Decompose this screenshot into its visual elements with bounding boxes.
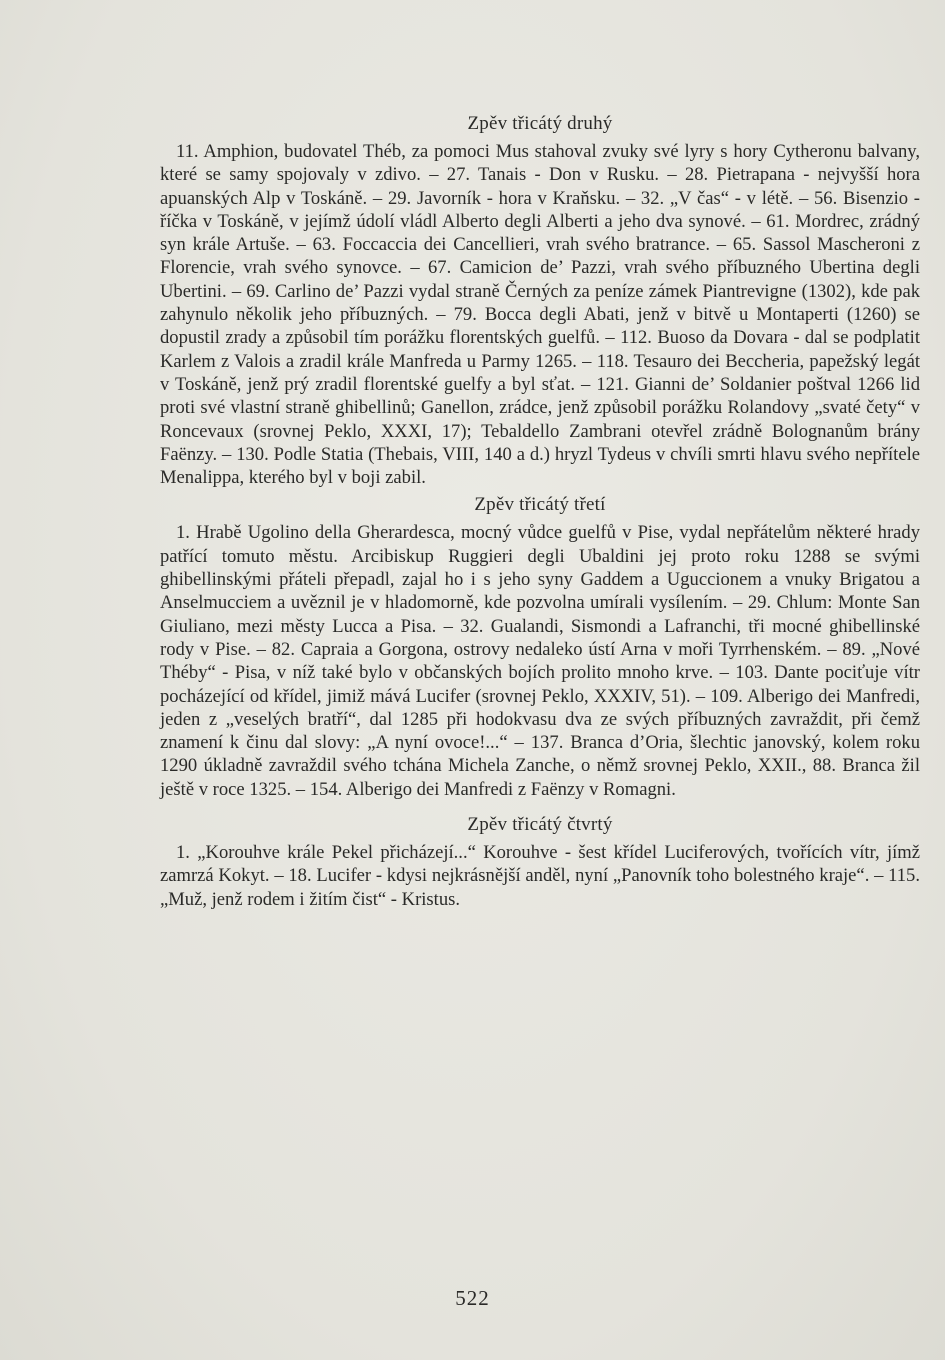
section-notes: 11. Amphion, budovatel Théb, za pomoci M… bbox=[160, 140, 920, 489]
book-page: Zpěv třicátý druhý 11. Amphion, budovate… bbox=[0, 0, 945, 1360]
section-notes: 1. „Korouhve krále Pekel přicházejí...“ … bbox=[160, 841, 920, 911]
page-number: 522 bbox=[0, 1286, 945, 1311]
page-content: Zpěv třicátý druhý 11. Amphion, budovate… bbox=[160, 112, 920, 911]
section-notes: 1. Hrabě Ugolino della Gherardesca, mocn… bbox=[160, 521, 920, 801]
section-heading: Zpěv třicátý čtvrtý bbox=[160, 813, 920, 837]
section-heading: Zpěv třicátý třetí bbox=[160, 493, 920, 517]
section-heading: Zpěv třicátý druhý bbox=[160, 112, 920, 136]
